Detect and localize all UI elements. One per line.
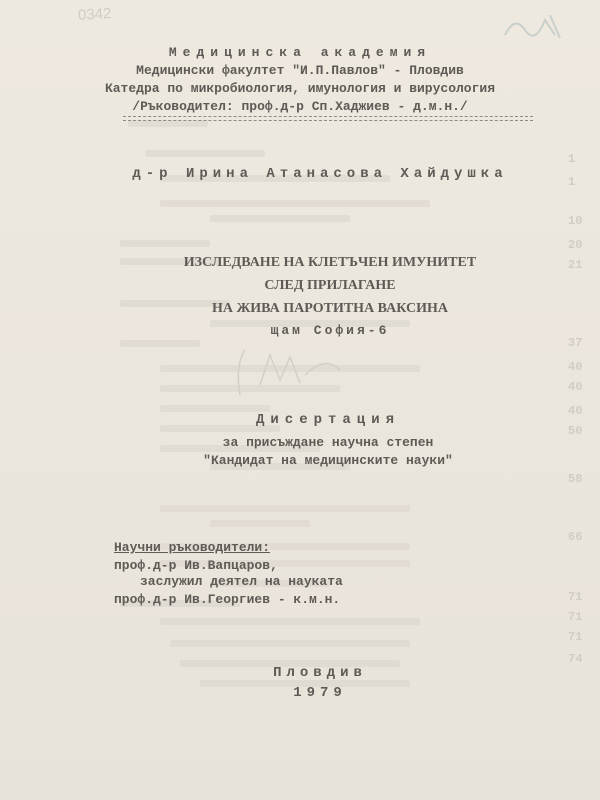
city: Пловдив (0, 665, 600, 681)
department-head: /Ръководител: проф.д-р Сп.Хаджиев - д.м.… (0, 99, 600, 114)
supervisor-1-title: заслужил деятел на науката (140, 574, 343, 589)
degree-purpose-line-2: "Кандидат на медицинските науки" (28, 453, 600, 468)
document-page: 111020213740404050586671717174 0342 Меди… (0, 0, 600, 800)
document-type: Дисертация (28, 412, 600, 428)
separator-rule (123, 116, 533, 121)
year: 1979 (0, 685, 600, 701)
supervisor-1: проф.д-р Ив.Вапцаров, (114, 558, 278, 573)
supervisor-2: проф.д-р Ив.Георгиев - к.м.н. (114, 592, 340, 607)
archive-number: 0342 (78, 5, 112, 24)
institution-name: Медицинска академия (0, 45, 600, 60)
supervisors-label: Научни ръководители: (114, 540, 270, 555)
faculty-name: Медицински факултет "И.П.Павлов" - Пловд… (0, 63, 600, 78)
handwritten-mark-icon (500, 10, 570, 40)
author-name: д-р Ирина Атанасова Хайдушка (0, 166, 600, 182)
thesis-title-line-2: СЛЕД ПРИЛАГАНЕ (30, 278, 600, 294)
degree-purpose-line-1: за присъждане научна степен (28, 435, 600, 450)
signature-mark-icon (230, 345, 350, 405)
vaccine-strain: щам София-6 (30, 323, 600, 338)
thesis-title-line-3: НА ЖИВА ПАРОТИТНА ВАКСИНА (30, 301, 600, 317)
thesis-title-line-1: ИЗСЛЕДВАНЕ НА КЛЕТЪЧЕН ИМУНИТЕТ (30, 255, 600, 271)
department-name: Катедра по микробиология, имунология и в… (0, 81, 600, 96)
